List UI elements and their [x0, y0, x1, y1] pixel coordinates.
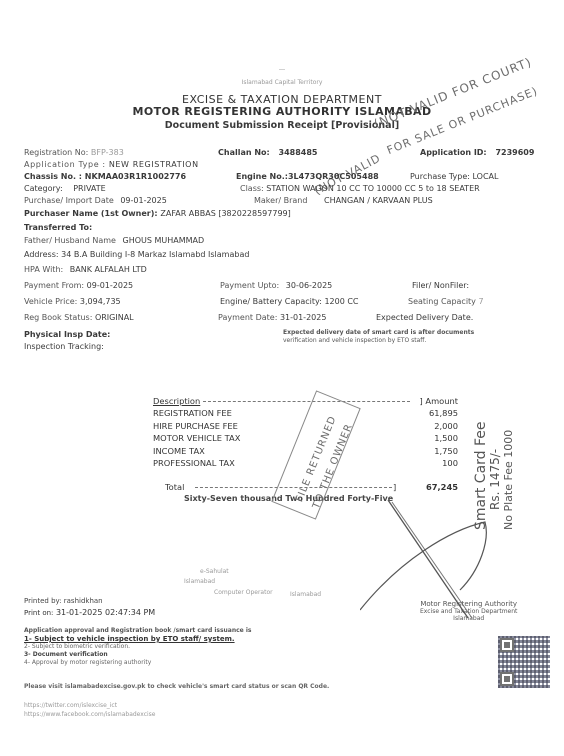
description-header: Description: [153, 396, 200, 406]
registration-no-label: Registration No:: [24, 148, 88, 157]
print-on-row: Print on: 31-01-2025 02:47:34 PM: [24, 608, 155, 617]
vehicle-price-value: 3,094,735: [80, 297, 121, 306]
category-label: Category:: [24, 184, 63, 193]
mra-stamp: Motor Registering Authority Excise and T…: [420, 600, 517, 622]
purchase-type-value: LOCAL: [473, 172, 499, 181]
fee-item-label: MOTOR VEHICLE TAX: [153, 433, 240, 443]
challan-no-label: Challan No:: [218, 148, 270, 157]
reg-book-row: Reg Book Status: ORIGINAL: [24, 313, 134, 322]
maker-row: Maker/ Brand CHANGAN / KARVAAN PLUS: [254, 196, 433, 205]
condition-item: 3- Document verification: [24, 651, 108, 658]
application-id-value: 7239609: [495, 148, 534, 157]
payment-upto-row: Payment Upto: 30-06-2025: [220, 281, 332, 290]
payment-from-label: Payment From:: [24, 281, 84, 290]
purchaser-value: ZAFAR ABBAS [3820228597799]: [160, 209, 290, 218]
class-label: Class:: [240, 184, 264, 193]
visit-note: Please visit islamabadexcise.gov.pk to c…: [24, 683, 329, 690]
twitter-link[interactable]: https://twitter.com/islexcise_ict: [24, 702, 117, 709]
chassis-no-value: NKMAA03R1R1002776: [85, 172, 186, 181]
seating-row: Seating Capacity 7: [408, 297, 484, 306]
payment-upto-label: Payment Upto:: [220, 281, 279, 290]
printed-by-label: Printed by:: [24, 597, 62, 605]
hpa-row: HPA With: BANK ALFALAH LTD: [24, 265, 147, 274]
qr-finder-icon: [500, 638, 514, 652]
condition-item: 1- Subject to vehicle inspection by ETO …: [24, 635, 235, 643]
transferred-to-label: Transferred To:: [24, 223, 92, 232]
delivery-note-line1: Expected delivery date of smart card is …: [283, 329, 474, 336]
father-label: Father/ Husband Name: [24, 236, 116, 245]
engine-no-value: 3L473QR30C505488: [288, 172, 379, 181]
engine-no-label: Engine No.:: [236, 172, 288, 181]
mra-line1: Motor Registering Authority: [420, 600, 517, 608]
purchaser-row: Purchaser Name (1st Owner): ZAFAR ABBAS …: [24, 209, 291, 218]
category-value: PRIVATE: [73, 184, 106, 193]
address-row: Address: 34 B.A Building I-8 Markaz Isla…: [24, 250, 249, 259]
application-type-value: NEW REGISTRATION: [109, 160, 199, 169]
condition-item: 2- Subject to biometric verification.: [24, 643, 130, 650]
fee-item-amount: 1,750: [434, 446, 458, 456]
payment-from-value: 09-01-2025: [87, 281, 134, 290]
father-value: GHOUS MUHAMMAD: [123, 236, 205, 245]
amount-header: ] Amount: [420, 396, 458, 406]
emblem-icon: ―: [0, 66, 564, 73]
payment-date-value: 31-01-2025: [280, 313, 327, 322]
qr-code[interactable]: [498, 636, 550, 688]
mra-line2: Excise and Taxation Department: [420, 608, 517, 615]
qr-finder-icon: [500, 672, 514, 686]
total-label: Total: [165, 482, 184, 492]
sig-line2: Islamabad: [184, 578, 215, 585]
fee-item-amount: 2,000: [434, 421, 458, 431]
reg-book-value: ORIGINAL: [95, 313, 134, 322]
registration-no-value: BFP-383: [91, 148, 124, 157]
seating-value: 7: [478, 297, 483, 306]
fee-item-label: PROFESSIONAL TAX: [153, 458, 235, 468]
maker-label: Maker/ Brand: [254, 196, 307, 205]
purchaser-label: Purchaser Name (1st Owner):: [24, 209, 158, 218]
fee-item-label: INCOME TAX: [153, 446, 205, 456]
father-row: Father/ Husband Name GHOUS MUHAMMAD: [24, 236, 204, 245]
reg-book-label: Reg Book Status:: [24, 313, 92, 322]
payment-upto-value: 30-06-2025: [286, 281, 333, 290]
payment-from-row: Payment From: 09-01-2025: [24, 281, 133, 290]
fee-item-label: HIRE PURCHASE FEE: [153, 421, 238, 431]
hpa-value: BANK ALFALAH LTD: [70, 265, 147, 274]
class-row: Class: STATION WAGON 10 CC TO 10000 CC 5…: [240, 184, 480, 193]
address-label: Address:: [24, 250, 59, 259]
class-value: STATION WAGON 10 CC TO 10000 CC 5 to 18 …: [266, 184, 479, 193]
expected-delivery-label: Expected Delivery Date.: [376, 313, 473, 322]
document-title: Document Submission Receipt [Provisional…: [0, 120, 564, 131]
chassis-no-label: Chassis No. :: [24, 172, 82, 181]
application-id-row: Application ID: 7239609: [420, 148, 534, 157]
print-on-label: Print on:: [24, 609, 53, 617]
engine-capacity-value: 1200 CC: [324, 297, 358, 306]
vehicle-price-row: Vehicle Price: 3,094,735: [24, 297, 121, 306]
sig-line4: Islamabad: [290, 591, 321, 598]
fee-table-header: Description ] Amount: [153, 396, 458, 406]
filer-label: Filer/ NonFiler:: [412, 281, 469, 290]
purchase-date-value: 09-01-2025: [120, 196, 167, 205]
category-row: Category: PRIVATE: [24, 184, 106, 193]
challan-no-value: 3488485: [279, 148, 318, 157]
fee-item-amount: 1,500: [434, 433, 458, 443]
application-id-label: Application ID:: [420, 148, 487, 157]
challan-no-row: Challan No: 3488485: [218, 148, 317, 157]
physical-insp-label: Physical Insp Date:: [24, 330, 110, 339]
sig-line3: Computer Operator: [214, 589, 273, 596]
printed-by-row: Printed by: rashidkhan: [24, 597, 103, 605]
hpa-label: HPA With:: [24, 265, 63, 274]
payment-date-label: Payment Date:: [218, 313, 277, 322]
seating-label: Seating Capacity: [408, 297, 476, 306]
filer-row: Filer/ NonFiler:: [412, 281, 469, 290]
inspection-tracking-label: Inspection Tracking:: [24, 342, 104, 351]
maker-value: CHANGAN / KARVAAN PLUS: [324, 196, 433, 205]
payment-date-row: Payment Date: 31-01-2025: [218, 313, 326, 322]
engine-no-row: Engine No.:3L473QR30C505488: [236, 172, 379, 181]
registration-no-row: Registration No: BFP-383: [24, 148, 124, 157]
engine-capacity-label: Engine/ Battery Capacity:: [220, 297, 322, 306]
fee-item-label: REGISTRATION FEE: [153, 408, 232, 418]
print-on-value: 31-01-2025 02:47:34 PM: [56, 608, 155, 617]
fee-item-amount: 100: [442, 458, 458, 468]
conditions-title: Application approval and Registration bo…: [24, 627, 251, 634]
chassis-no-row: Chassis No. : NKMAA03R1R1002776: [24, 172, 186, 181]
delivery-note-line2: verification and vehicle inspection by E…: [283, 337, 426, 344]
facebook-link[interactable]: https://www.facebook.com/islamabadexcise: [24, 711, 156, 718]
engine-capacity-row: Engine/ Battery Capacity: 1200 CC: [220, 297, 359, 306]
address-value: 34 B.A Building I-8 Markaz Islamabd Isla…: [61, 250, 249, 259]
header-dash-divider: [203, 401, 410, 402]
purchase-date-row: Purchase/ Import Date 09-01-2025: [24, 196, 167, 205]
mra-line3: Islamabad: [420, 615, 517, 622]
application-type-label: Application Type :: [24, 160, 106, 169]
application-type-row: Application Type : NEW REGISTRATION: [24, 160, 199, 169]
purchase-date-label: Purchase/ Import Date: [24, 196, 114, 205]
vehicle-price-label: Vehicle Price:: [24, 297, 77, 306]
sig-line1: e-Sahulat: [200, 568, 229, 575]
condition-item: 4- Approval by motor registering authori…: [24, 659, 151, 666]
printed-by-value: rashidkhan: [64, 597, 103, 605]
purchase-type-label: Purchase Type:: [410, 172, 470, 181]
purchase-type-row: Purchase Type: LOCAL: [410, 172, 498, 181]
fee-item-amount: 61,895: [429, 408, 458, 418]
